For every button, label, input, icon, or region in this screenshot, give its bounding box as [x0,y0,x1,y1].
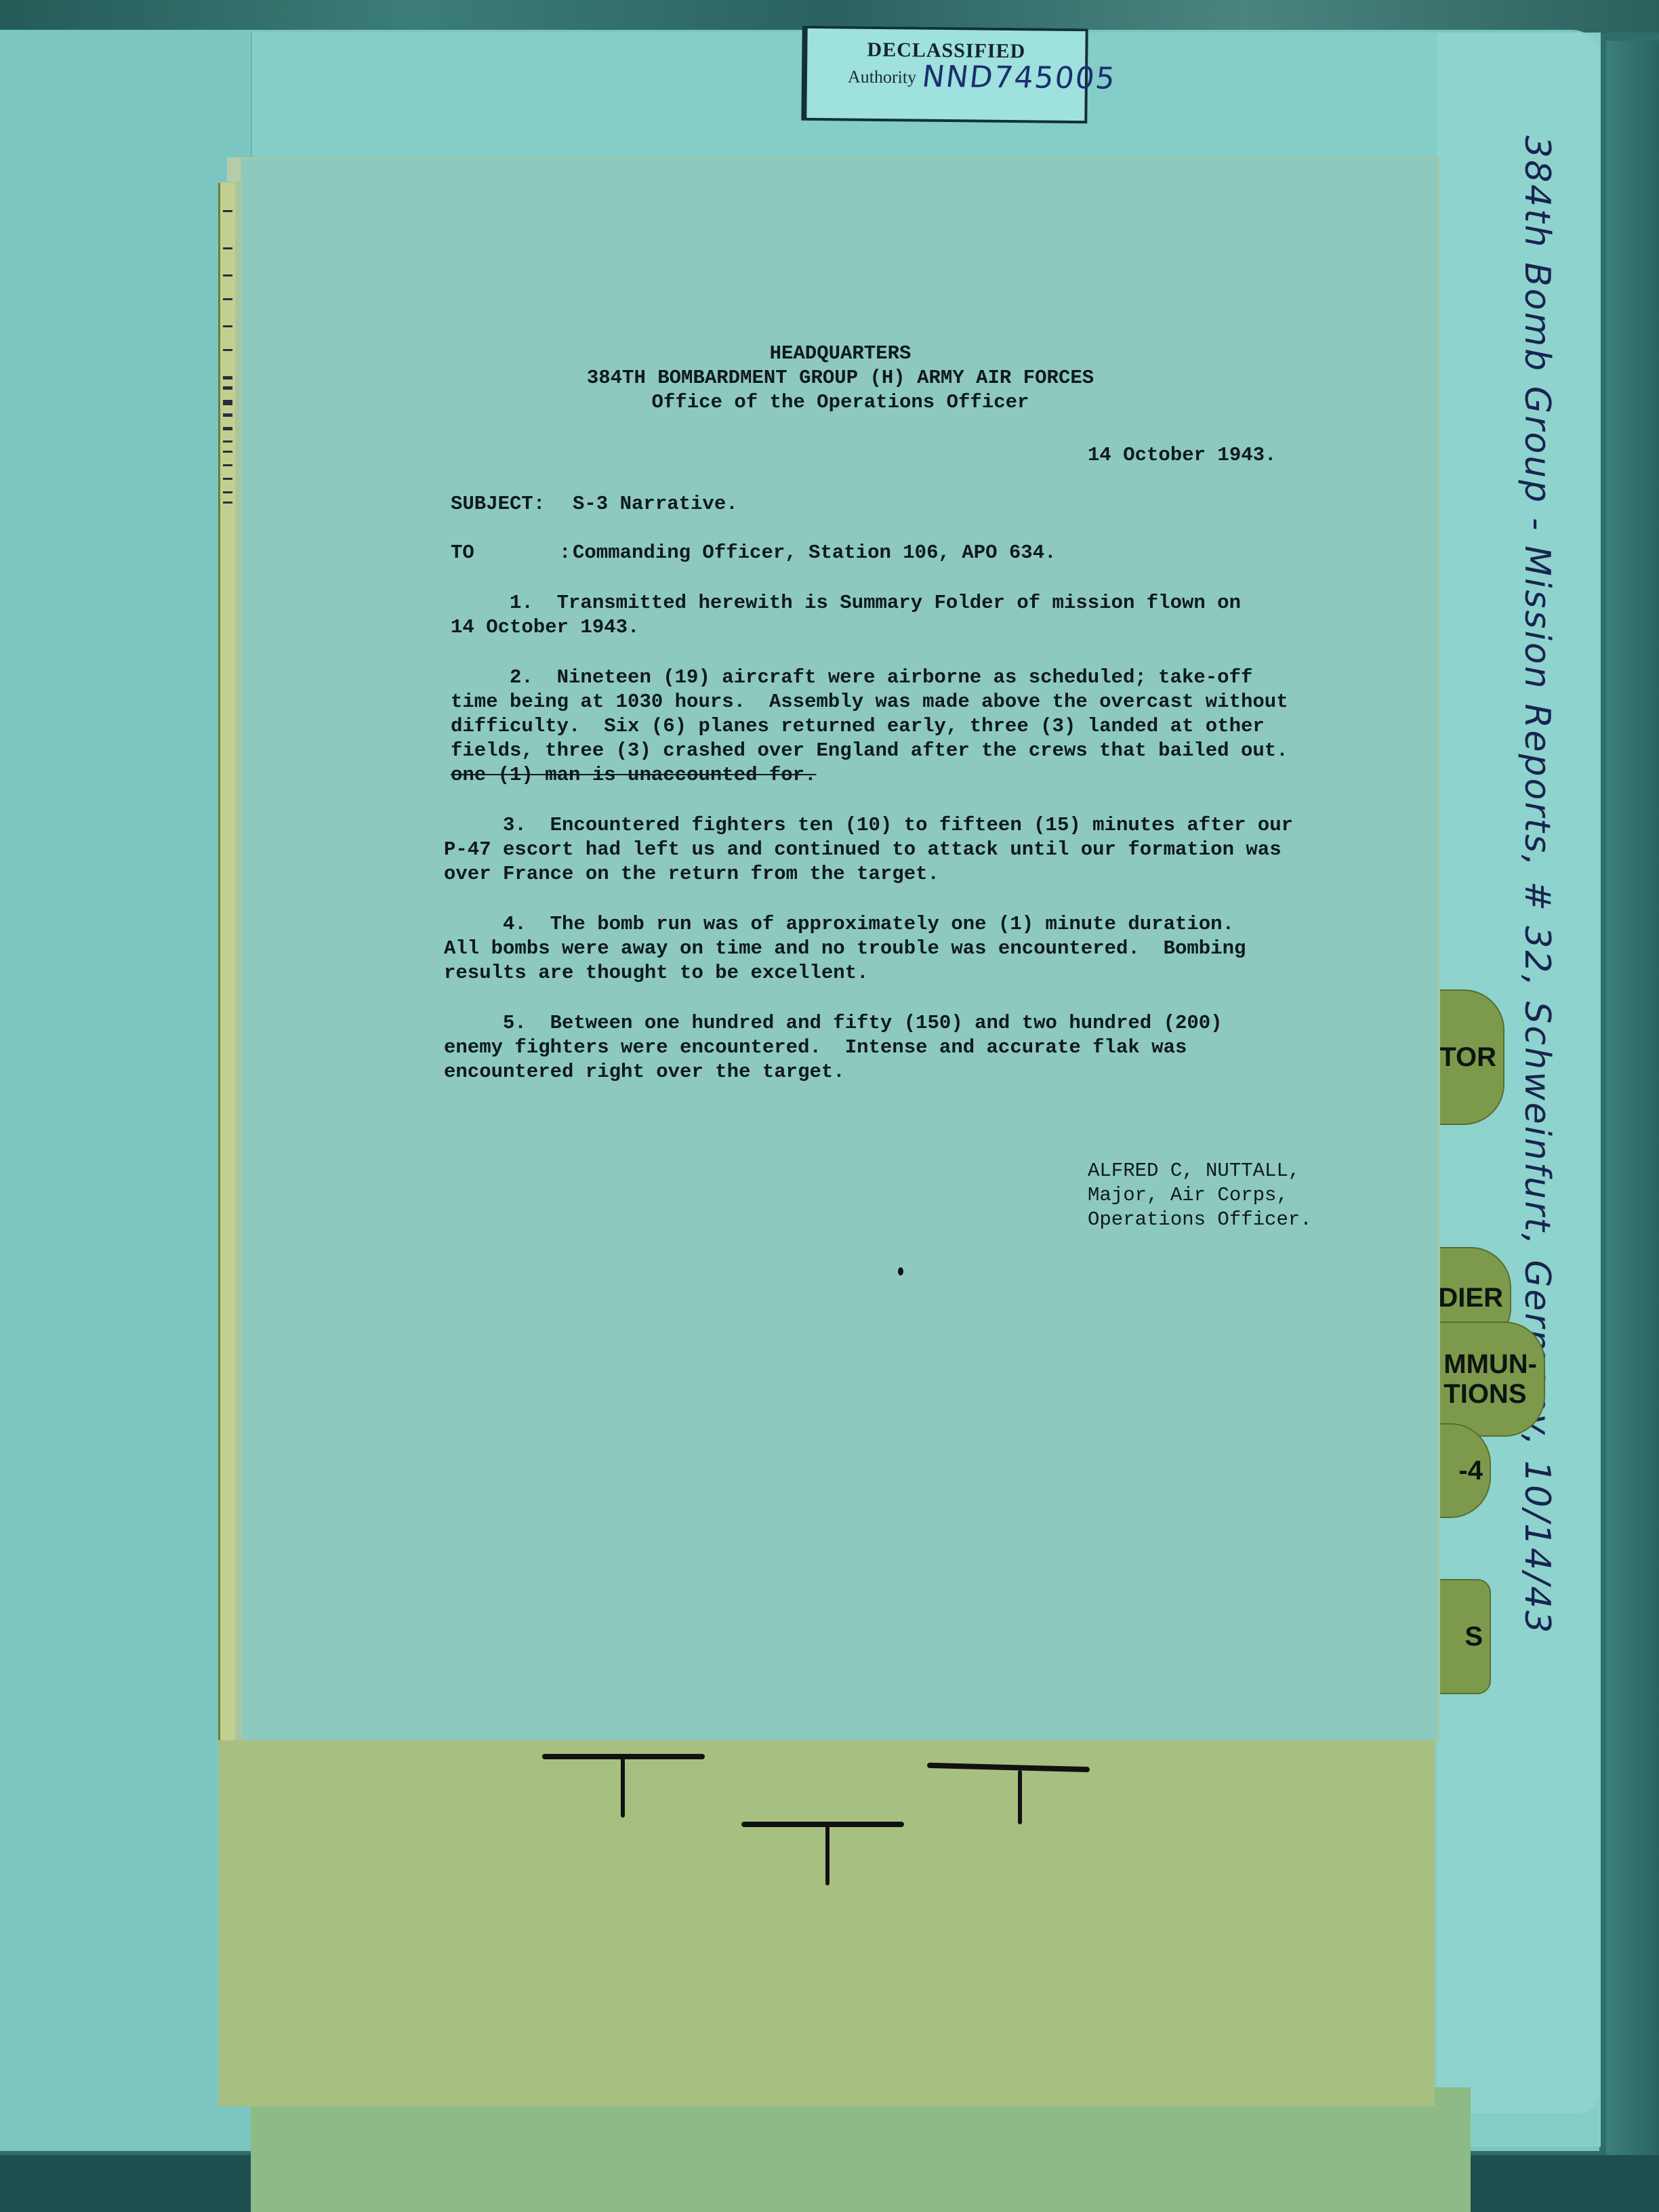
divider-tab[interactable]: TOR [1430,989,1504,1125]
declassified-stamp: DECLASSIFIED Authority NND745005 [801,26,1088,123]
paragraph-2-line: difficulty. Six (6) planes returned earl… [451,714,1265,739]
paragraph-4-line: All bombs were away on time and no troub… [444,937,1246,961]
letterhead-headquarters: HEADQUARTERS [241,342,1440,366]
folder-shadow [1606,41,1659,2212]
signature-name: ALFRED C, NUTTALL, [1088,1159,1300,1183]
divider-tab-label: TOR [1439,1042,1496,1073]
paragraph-4-line: 4. The bomb run was of approximately one… [444,912,1234,937]
divider-tab-label: MMUN- TIONS [1443,1349,1537,1409]
paragraph-5-line: enemy fighters were encountered. Intense… [444,1036,1187,1060]
paragraph-3-line: over France on the return from the targe… [444,862,939,886]
document-page: HEADQUARTERS 384TH BOMBARDMENT GROUP (H)… [241,157,1440,1743]
edge-ruler [218,183,235,1762]
divider-tab-label: DIER [1438,1283,1503,1313]
paragraph-2-struck-line: one (1) man is unaccounted for. [451,763,817,787]
stamp-authority-label: Authority [848,67,916,88]
paragraph-1-line: 1. Transmitted herewith is Summary Folde… [451,591,1241,615]
paragraph-3-line: 3. Encountered fighters ten (10) to fift… [444,813,1293,838]
divider-tab-label: S [1465,1622,1483,1652]
to-separator: : [559,541,571,565]
letterhead-unit: 384TH BOMBARDMENT GROUP (H) ARMY AIR FOR… [241,366,1440,390]
paragraph-5-line: encountered right over the target. [444,1060,845,1084]
paragraph-5-line: 5. Between one hundred and fifty (150) a… [444,1011,1223,1036]
subject-label: SUBJECT: [451,492,545,516]
document-date: 14 October 1943. [1088,443,1276,468]
stamp-authority-number: NND745005 [920,60,1118,96]
paragraph-4-line: results are thought to be excellent. [444,961,869,985]
paragraph-3-line: P-47 escort had left us and continued to… [444,838,1282,862]
paragraph-1-line: 14 October 1943. [451,615,639,640]
carbon-copy-sheet [218,1740,1435,2106]
paragraph-2-line: fields, three (3) crashed over England a… [451,739,1288,763]
subject-value: S-3 Narrative. [573,492,738,516]
to-value: Commanding Officer, Station 106, APO 634… [573,541,1057,565]
letterhead-office: Office of the Operations Officer [241,390,1440,415]
paragraph-2-line: 2. Nineteen (19) aircraft were airborne … [451,665,1252,690]
ink-dot [898,1267,903,1275]
paragraph-2-line: time being at 1030 hours. Assembly was m… [451,690,1288,714]
divider-tabs: TOR DIER MMUN- TIONS -4 S [1430,989,1511,1979]
divider-tab[interactable]: MMUN- TIONS [1430,1322,1545,1437]
signature-title: Operations Officer. [1088,1208,1312,1232]
signature-rank: Major, Air Corps, [1088,1183,1288,1208]
to-label: TO [451,541,474,565]
divider-tab-label: -4 [1458,1456,1483,1486]
